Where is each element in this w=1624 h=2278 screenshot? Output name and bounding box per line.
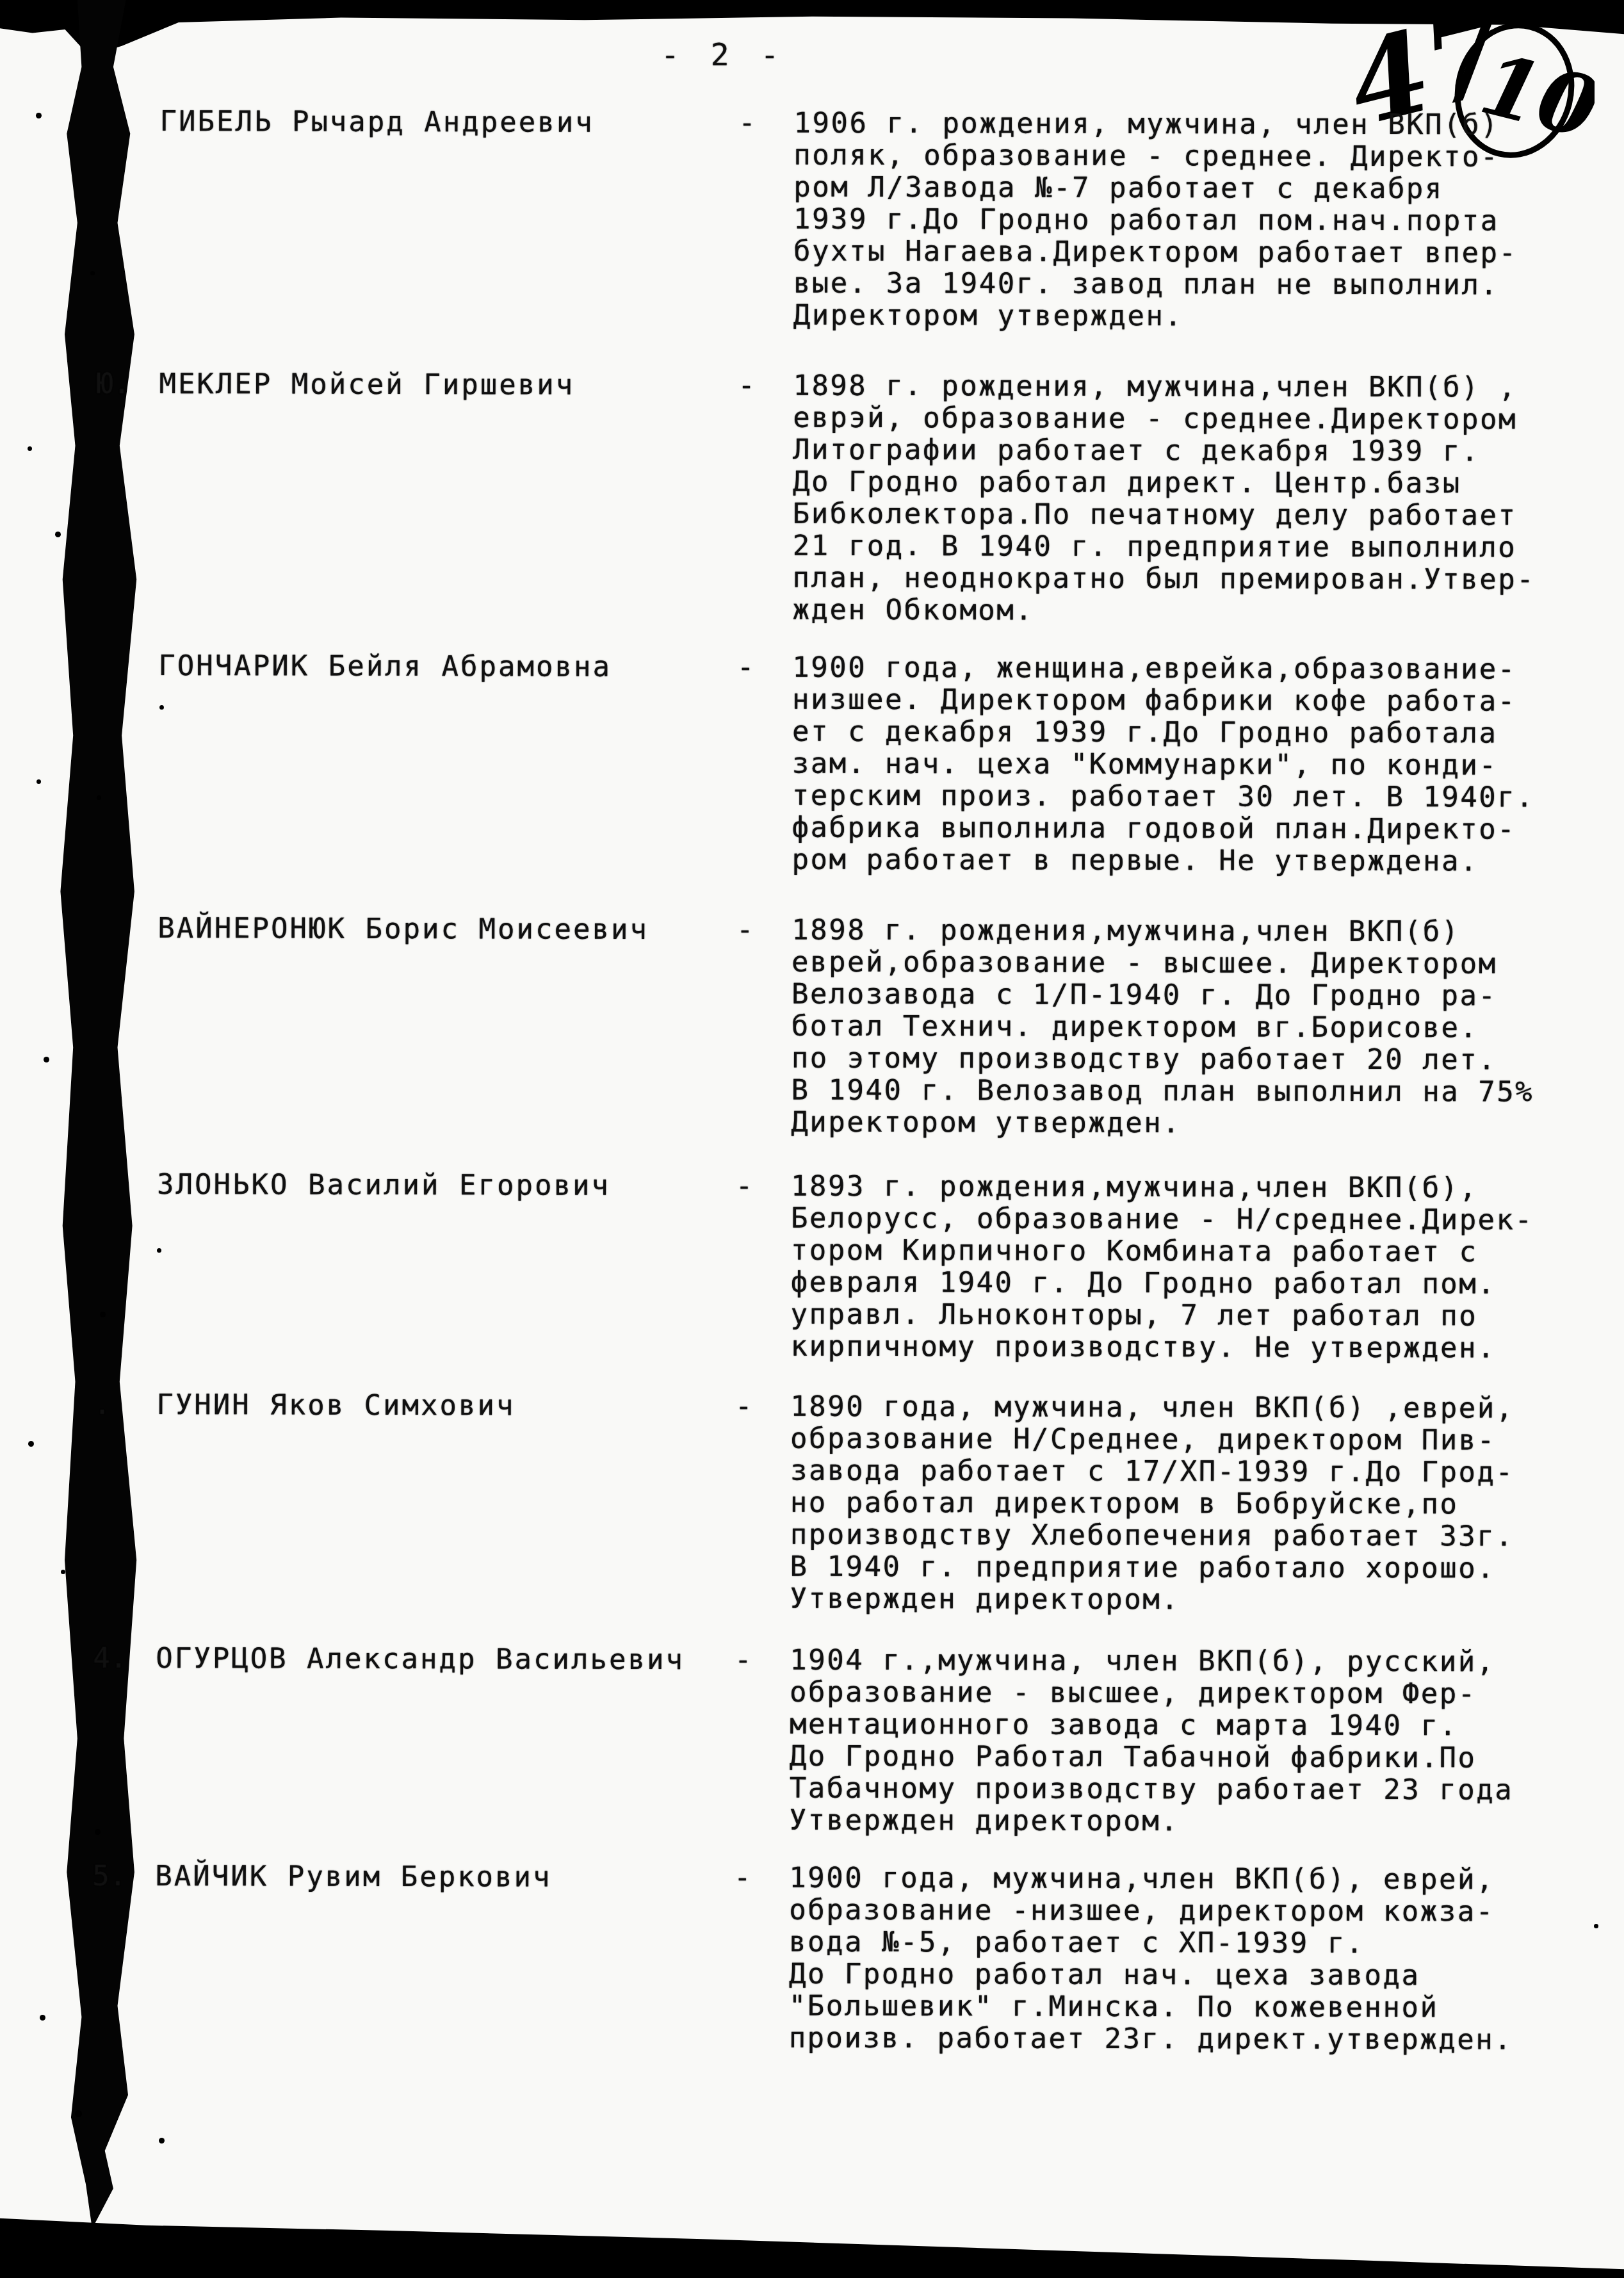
entry-details: 1904 г.,мужчина, член ВКП(б), русский, о…	[789, 1645, 1590, 1839]
bottom-scan-edge	[0, 2190, 1624, 2278]
entry-dash: -	[713, 1862, 771, 1894]
entry-name: ГОНЧАРИК Бейля Абрамовна	[158, 650, 722, 683]
entry-number: 5.	[92, 1860, 126, 1892]
scan-noise	[0, 0, 3, 3]
entry-name: ВАЙЧИК Рувим Беркович	[155, 1860, 719, 1894]
entry-dash: -	[715, 1170, 773, 1202]
entry-number: 4.	[93, 1643, 127, 1675]
entry-details: 1898 г. рождения, мужчина,член ВКП(б) , …	[792, 370, 1593, 628]
entry-details: 1906 г. рождения, мужчина, член ВКП(б) п…	[793, 108, 1595, 334]
entry-details: 1898 г. рождения,мужчина,член ВКП(б) евр…	[791, 915, 1592, 1141]
scanned-document-page: - 2 - 47 10 ГИБЕЛЬ Рычард Андреевич - 19…	[0, 0, 1624, 2278]
entry-dash: -	[717, 651, 774, 683]
entry-name: ОГУРЦОВ Александр Васильевич	[156, 1643, 719, 1676]
entry-row: ГОНЧАРИК Бейля Абрамовна - 1900 года, же…	[158, 650, 1593, 654]
entry-details: 1900 года, мужчина,член ВКП(б), еврей, о…	[789, 1862, 1590, 2056]
entry-name: ГИБЕЛЬ Рычард Андреевич	[159, 106, 723, 139]
entry-row: ЗЛОНЬКО Василий Егорович - 1893 г. рожде…	[157, 1169, 1591, 1173]
entry-dash: -	[717, 370, 775, 402]
entry-number: Ю.	[96, 368, 130, 400]
entry-row: 5. ВАЙЧИК Рувим Беркович - 1900 года, му…	[155, 1860, 1589, 1864]
entry-row: . ГУНИН Яков Симхович - 1890 года, мужчи…	[156, 1389, 1591, 1393]
entry-details: 1893 г. рождения,мужчина,член ВКП(б), Бе…	[790, 1171, 1591, 1365]
page-number: - 2 -	[661, 37, 786, 73]
entry-dash: -	[714, 1644, 772, 1676]
entry-dash: -	[715, 1390, 772, 1422]
entry-name: МЕКЛЕР Мойсей Гиршевич	[159, 368, 722, 402]
entry-name: ГУНИН Яков Симхович	[156, 1389, 720, 1422]
entry-dash: -	[716, 914, 774, 946]
entry-number: .	[93, 1389, 111, 1421]
entry-row: 4. ОГУРЦОВ Александр Васильевич - 1904 г…	[156, 1643, 1590, 1647]
entry-name: ЗЛОНЬКО Василий Егорович	[157, 1169, 720, 1202]
entry-name: ВАЙНЕРОНЮК Борис Моисеевич	[158, 913, 721, 946]
entry-row: Ю. МЕКЛЕР Мойсей Гиршевич - 1898 г. рожд…	[159, 368, 1593, 372]
entry-row: ВАЙНЕРОНЮК Борис Моисеевич - 1898 г. рож…	[158, 913, 1592, 916]
binding-strip	[44, 0, 149, 2229]
entry-details: 1890 года, мужчина, член ВКП(б) ,еврей, …	[790, 1391, 1591, 1617]
entry-dash: -	[718, 107, 775, 139]
entry-details: 1900 года, женщина,еврейка,образование- …	[792, 652, 1593, 878]
